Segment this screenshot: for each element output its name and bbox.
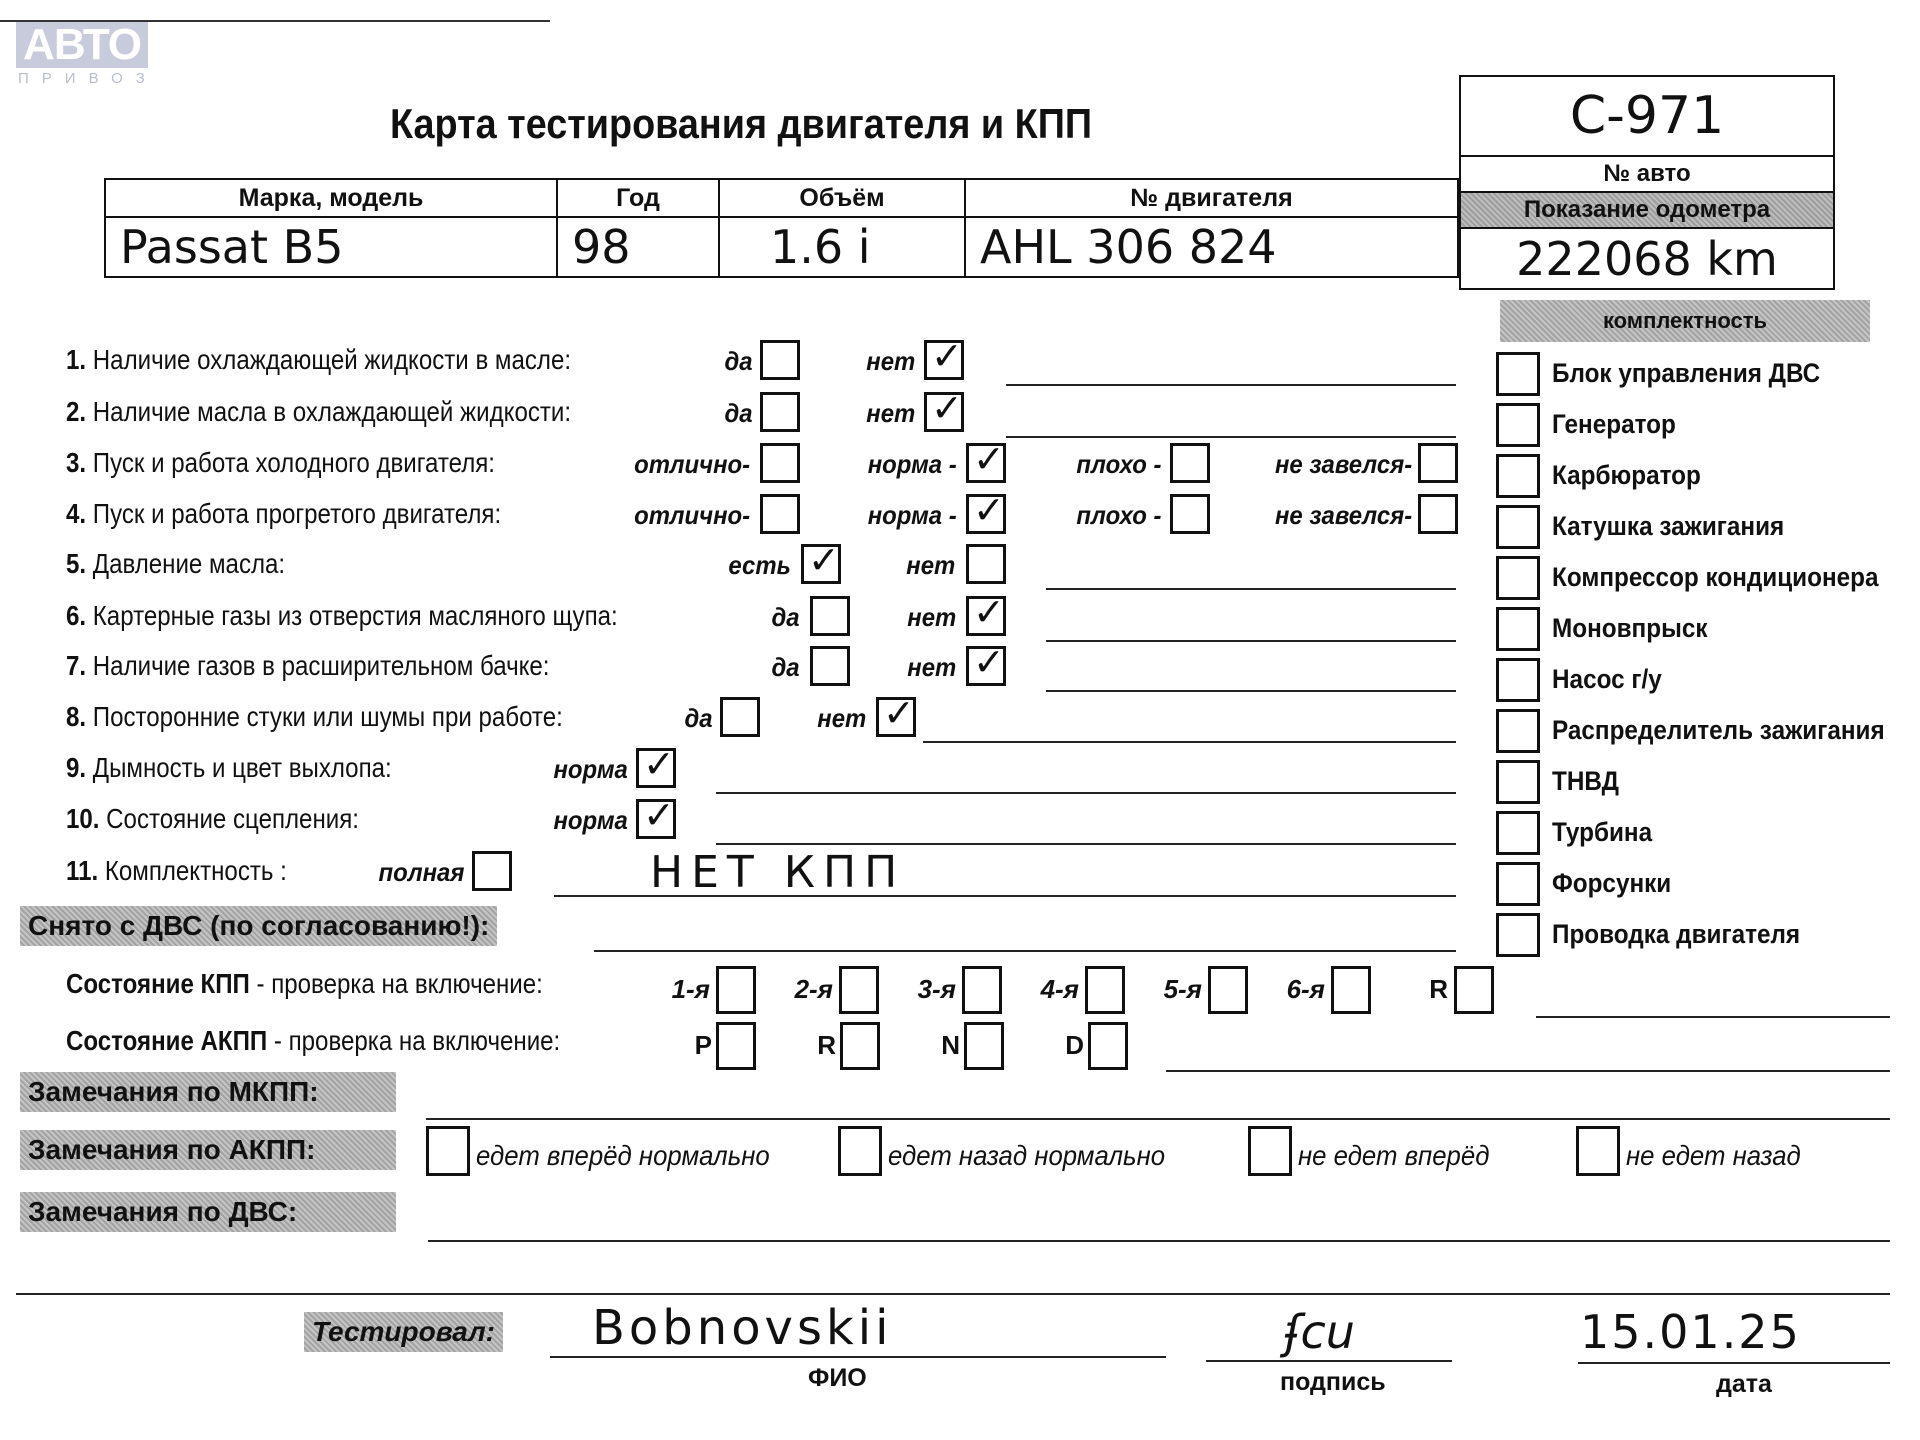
checkbox[interactable] bbox=[966, 544, 1006, 584]
check-icon: ✓ bbox=[973, 593, 1005, 633]
gear-label: D bbox=[1065, 1030, 1084, 1061]
auto-gearbox-sub: - проверка на включение: bbox=[267, 1025, 560, 1056]
checkbox-checked[interactable]: ✓ bbox=[636, 799, 676, 839]
gear-checkbox[interactable] bbox=[1208, 966, 1248, 1014]
checkbox[interactable] bbox=[1496, 454, 1540, 498]
notes-field[interactable] bbox=[1046, 588, 1456, 590]
question-text: Наличие охлаждающей жидкости в масле: bbox=[93, 344, 571, 375]
checkbox[interactable] bbox=[1496, 760, 1540, 804]
auto-gearbox-notes-field[interactable] bbox=[1166, 1070, 1890, 1072]
manual-gearbox-sub: - проверка на включение: bbox=[250, 968, 543, 999]
checkbox[interactable] bbox=[810, 596, 850, 636]
year-label: Год bbox=[558, 180, 718, 218]
gear-checkbox[interactable] bbox=[1454, 966, 1494, 1014]
checkbox[interactable] bbox=[1496, 403, 1540, 447]
completeness-item-label: Проводка двигателя bbox=[1552, 919, 1800, 950]
completeness-item-label: Генератор bbox=[1552, 409, 1676, 440]
checkbox[interactable] bbox=[760, 340, 800, 380]
question-4: 4. Пуск и работа прогретого двигателя: bbox=[66, 498, 501, 530]
gear-label: 2-я bbox=[795, 974, 833, 1005]
completeness-item-label: Моновпрыск bbox=[1552, 613, 1708, 644]
checkbox[interactable] bbox=[1418, 443, 1458, 483]
gear-checkbox[interactable] bbox=[1085, 966, 1125, 1014]
option-label: да bbox=[685, 703, 713, 734]
gear-checkbox[interactable] bbox=[716, 1022, 756, 1070]
odometer-label: Показание одометра bbox=[1461, 193, 1833, 229]
gear-checkbox[interactable] bbox=[964, 1022, 1004, 1070]
option-label: отлично- bbox=[634, 449, 750, 480]
auto-gearbox-label: Состояние АКПП bbox=[66, 1025, 267, 1056]
volume-cell: Объём 1.6 i bbox=[720, 180, 966, 276]
question-5: 5. Давление масла: bbox=[66, 548, 285, 580]
option-label: нет bbox=[817, 703, 866, 734]
tester-name-line bbox=[550, 1356, 1166, 1358]
option-label: норма bbox=[554, 754, 628, 785]
option-label: не завелся- bbox=[1275, 500, 1412, 531]
date-line bbox=[1578, 1362, 1890, 1364]
question-6: 6. Картерные газы из отверстия масляного… bbox=[66, 600, 618, 632]
checkbox[interactable] bbox=[1496, 607, 1540, 651]
question-number: 11. bbox=[66, 855, 105, 886]
check-icon: ✓ bbox=[973, 440, 1005, 480]
notes-field[interactable] bbox=[1006, 436, 1456, 438]
notes-field[interactable] bbox=[716, 792, 1456, 794]
tester-name[interactable]: Bobnovskii bbox=[592, 1300, 892, 1356]
notes-field[interactable] bbox=[923, 741, 1456, 743]
gear-label: 3-я bbox=[918, 974, 956, 1005]
checkbox[interactable] bbox=[1170, 443, 1210, 483]
check-icon: ✓ bbox=[808, 541, 840, 581]
year-cell: Год 98 bbox=[558, 180, 720, 276]
signature-caption: подпись bbox=[1280, 1368, 1386, 1397]
question-1: 1. Наличие охлаждающей жидкости в масле: bbox=[66, 344, 571, 376]
gear-label: R bbox=[817, 1030, 836, 1061]
checkbox[interactable] bbox=[1496, 556, 1540, 600]
question-number: 2. bbox=[66, 396, 93, 427]
option-label: плохо - bbox=[1077, 500, 1162, 531]
logo: АВТО bbox=[16, 22, 148, 68]
option-label: не завелся- bbox=[1275, 449, 1412, 480]
auto-gearbox-row: Состояние АКПП - проверка на включение: bbox=[66, 1025, 560, 1057]
car-number-value[interactable]: C-971 bbox=[1461, 77, 1833, 157]
checkbox-checked[interactable]: ✓ bbox=[801, 544, 841, 584]
engine-number-value[interactable]: AHL 306 824 bbox=[966, 218, 1457, 276]
auto-remark-label: едет вперёд нормально bbox=[476, 1140, 770, 1172]
manual-gearbox-label: Состояние КПП bbox=[66, 968, 250, 999]
option-label: норма bbox=[554, 805, 628, 836]
tested-by-label: Тестировал: bbox=[304, 1312, 503, 1352]
checkbox[interactable] bbox=[760, 392, 800, 432]
question-7: 7. Наличие газов в расширительном бачке: bbox=[66, 650, 550, 682]
make-model-label: Марка, модель bbox=[106, 180, 556, 218]
manual-gearbox-row: Состояние КПП - проверка на включение: bbox=[66, 968, 543, 1000]
check-icon: ✓ bbox=[643, 796, 675, 836]
gear-label: 5-я bbox=[1164, 974, 1202, 1005]
checkbox[interactable] bbox=[1496, 862, 1540, 906]
gear-checkbox[interactable] bbox=[1088, 1022, 1128, 1070]
checkbox[interactable] bbox=[1418, 494, 1458, 534]
vehicle-info-table: Марка, модель Passat B5 Год 98 Объём 1.6… bbox=[104, 178, 1459, 278]
gear-label: P bbox=[695, 1030, 712, 1061]
check-icon: ✓ bbox=[931, 389, 963, 429]
completeness-item-label: ТНВД bbox=[1552, 766, 1619, 797]
checkbox[interactable] bbox=[720, 697, 760, 737]
completeness-item-label: Турбина bbox=[1552, 817, 1652, 848]
engine-remarks-field[interactable] bbox=[428, 1240, 1890, 1242]
question-number: 10. bbox=[66, 803, 106, 834]
question-text: Состояние сцепления: bbox=[106, 803, 359, 834]
divider bbox=[16, 1293, 1890, 1295]
question-number: 4. bbox=[66, 498, 93, 529]
page-title: Карта тестирования двигателя и КПП bbox=[390, 100, 1092, 148]
auto-remark-checkbox[interactable] bbox=[1248, 1126, 1292, 1176]
question-number: 5. bbox=[66, 548, 93, 579]
manual-gearbox-notes-field[interactable] bbox=[1536, 1016, 1890, 1018]
option-label: нет bbox=[906, 550, 955, 581]
checkbox-checked[interactable]: ✓ bbox=[966, 494, 1006, 534]
gear-checkbox[interactable] bbox=[1331, 966, 1371, 1014]
question-text: Наличие масла в охлаждающей жидкости: bbox=[93, 396, 571, 427]
check-icon: ✓ bbox=[931, 337, 963, 377]
option-label: нет bbox=[866, 398, 915, 429]
checkbox-checked[interactable]: ✓ bbox=[636, 748, 676, 788]
name-caption: ФИО bbox=[808, 1364, 867, 1393]
completeness-item-label: Компрессор кондиционера bbox=[1552, 562, 1879, 593]
completeness-header: комплектность bbox=[1500, 300, 1870, 342]
question-number: 3. bbox=[66, 447, 93, 478]
engine-number-cell: № двигателя AHL 306 824 bbox=[966, 180, 1457, 276]
gear-label: 4-я bbox=[1041, 974, 1079, 1005]
checkbox[interactable] bbox=[760, 494, 800, 534]
gear-label: R bbox=[1429, 974, 1448, 1005]
manual-remarks-field[interactable] bbox=[426, 1118, 1890, 1120]
check-icon: ✓ bbox=[973, 491, 1005, 531]
option-label: отлично- bbox=[634, 500, 750, 531]
question-text: Наличие газов в расширительном бачке: bbox=[93, 650, 550, 681]
question-number: 9. bbox=[66, 752, 93, 783]
checkbox[interactable] bbox=[1496, 811, 1540, 855]
notes-field[interactable] bbox=[1046, 690, 1456, 692]
question-text: Посторонние стуки или шумы при работе: bbox=[93, 701, 563, 732]
question-number: 1. bbox=[66, 344, 93, 375]
volume-label: Объём bbox=[720, 180, 964, 218]
option-label: да bbox=[772, 602, 800, 633]
option-label: да bbox=[725, 398, 753, 429]
question-text: Дымность и цвет выхлопа: bbox=[93, 752, 392, 783]
removed-from-engine-field[interactable] bbox=[594, 950, 1456, 952]
checkbox-checked[interactable]: ✓ bbox=[876, 697, 916, 737]
auto-remarks-label: Замечания по АКПП: bbox=[20, 1130, 396, 1170]
gear-checkbox[interactable] bbox=[962, 966, 1002, 1014]
checkbox-checked[interactable]: ✓ bbox=[966, 596, 1006, 636]
checkbox[interactable] bbox=[472, 851, 512, 891]
checkbox[interactable] bbox=[1496, 658, 1540, 702]
car-number-label: № авто bbox=[1461, 157, 1833, 193]
question-11: 11. Комплектность : bbox=[66, 855, 287, 887]
notes-field[interactable] bbox=[1006, 384, 1456, 386]
auto-remark-label: не едет вперёд bbox=[1298, 1140, 1489, 1172]
checkbox-checked[interactable]: ✓ bbox=[966, 443, 1006, 483]
signature[interactable]: ʄcu bbox=[1285, 1305, 1355, 1359]
checkbox[interactable] bbox=[760, 443, 800, 483]
notes-field[interactable] bbox=[1046, 640, 1456, 642]
question-number: 7. bbox=[66, 650, 93, 681]
auto-remark-checkbox[interactable] bbox=[1576, 1126, 1620, 1176]
make-model-value[interactable]: Passat B5 bbox=[106, 218, 556, 276]
option-label: плохо - bbox=[1077, 449, 1162, 480]
checkbox[interactable] bbox=[1170, 494, 1210, 534]
checkbox[interactable] bbox=[1496, 352, 1540, 396]
car-info-box: C-971 № авто Показание одометра 222068 k… bbox=[1459, 75, 1835, 290]
completeness-note[interactable]: НЕТ КПП bbox=[650, 847, 905, 898]
question-number: 8. bbox=[66, 701, 93, 732]
checkbox[interactable] bbox=[1496, 913, 1540, 957]
gear-label: N bbox=[941, 1030, 960, 1061]
completeness-item-label: Блок управления ДВС bbox=[1552, 358, 1820, 389]
question-8: 8. Посторонние стуки или шумы при работе… bbox=[66, 701, 563, 733]
question-9: 9. Дымность и цвет выхлопа: bbox=[66, 752, 392, 784]
option-label: да bbox=[772, 652, 800, 683]
option-label: нет bbox=[907, 652, 956, 683]
option-label: норма - bbox=[868, 449, 957, 480]
checkbox-checked[interactable]: ✓ bbox=[924, 392, 964, 432]
question-3: 3. Пуск и работа холодного двигателя: bbox=[66, 447, 495, 479]
question-text: Комплектность : bbox=[105, 855, 287, 886]
question-text: Давление масла: bbox=[93, 548, 285, 579]
option-label: нет bbox=[907, 602, 956, 633]
checkbox[interactable] bbox=[810, 646, 850, 686]
question-text: Пуск и работа холодного двигателя: bbox=[93, 447, 495, 478]
odometer-value[interactable]: 222068 km bbox=[1461, 229, 1833, 289]
date-value[interactable]: 15.01.25 bbox=[1580, 1305, 1801, 1359]
auto-remark-label: не едет назад bbox=[1626, 1140, 1801, 1172]
option-label: нет bbox=[866, 346, 915, 377]
check-icon: ✓ bbox=[643, 745, 675, 785]
make-model-cell: Марка, модель Passat B5 bbox=[106, 180, 558, 276]
completeness-item-label: Катушка зажигания bbox=[1552, 511, 1784, 542]
completeness-item-label: Форсунки bbox=[1552, 868, 1671, 899]
auto-remark-checkbox[interactable] bbox=[838, 1126, 882, 1176]
volume-value[interactable]: 1.6 i bbox=[720, 218, 964, 276]
removed-from-engine-label: Снято с ДВС (по согласованию!): bbox=[20, 906, 497, 946]
gear-label: 6-я bbox=[1287, 974, 1325, 1005]
question-text: Пуск и работа прогретого двигателя: bbox=[93, 498, 501, 529]
check-icon: ✓ bbox=[973, 643, 1005, 683]
gear-label: 1-я bbox=[672, 974, 710, 1005]
completeness-item-label: Распределитель зажигания bbox=[1552, 715, 1885, 746]
question-text: Картерные газы из отверстия масляного щу… bbox=[93, 600, 618, 631]
checkbox-checked[interactable]: ✓ bbox=[966, 646, 1006, 686]
option-label: да bbox=[725, 346, 753, 377]
manual-remarks-label: Замечания по МКПП: bbox=[20, 1072, 396, 1112]
engine-remarks-label: Замечания по ДВС: bbox=[20, 1192, 396, 1232]
checkbox-checked[interactable]: ✓ bbox=[924, 340, 964, 380]
option-label: есть bbox=[729, 550, 791, 581]
date-caption: дата bbox=[1716, 1370, 1772, 1399]
gear-checkbox[interactable] bbox=[839, 966, 879, 1014]
signature-line bbox=[1206, 1360, 1452, 1362]
auto-remark-checkbox[interactable] bbox=[426, 1126, 470, 1176]
question-10: 10. Состояние сцепления: bbox=[66, 803, 359, 835]
checkbox[interactable] bbox=[1496, 709, 1540, 753]
completeness-item-label: Карбюратор bbox=[1552, 460, 1701, 491]
option-label: норма - bbox=[868, 500, 957, 531]
check-icon: ✓ bbox=[883, 694, 915, 734]
engine-number-label: № двигателя bbox=[966, 180, 1457, 218]
auto-remark-label: едет назад нормально bbox=[888, 1140, 1165, 1172]
year-value[interactable]: 98 bbox=[558, 218, 718, 276]
checkbox[interactable] bbox=[1496, 505, 1540, 549]
completeness-item-label: Насос г/у bbox=[1552, 664, 1662, 695]
gear-checkbox[interactable] bbox=[716, 966, 756, 1014]
option-label: полная bbox=[378, 857, 464, 888]
question-number: 6. bbox=[66, 600, 93, 631]
notes-field[interactable] bbox=[716, 843, 1456, 845]
logo-subtitle: ПРИВОЗ bbox=[18, 70, 158, 87]
question-2: 2. Наличие масла в охлаждающей жидкости: bbox=[66, 396, 571, 428]
gear-checkbox[interactable] bbox=[840, 1022, 880, 1070]
